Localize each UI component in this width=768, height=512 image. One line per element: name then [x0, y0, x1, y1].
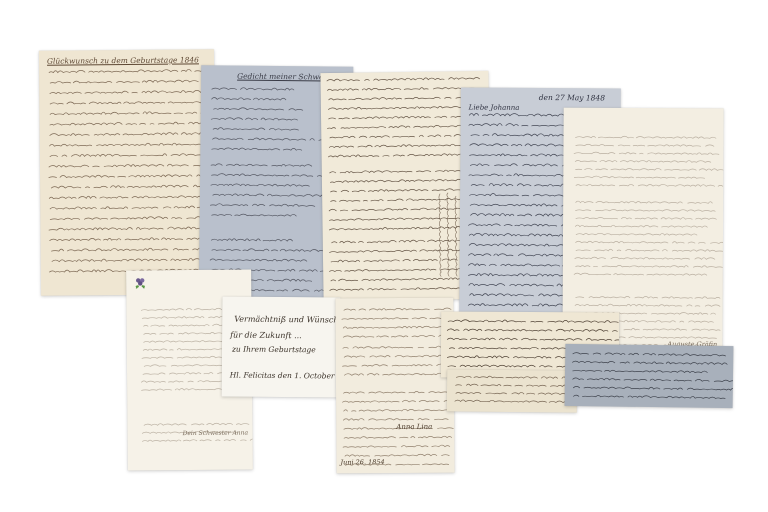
handwriting-line — [49, 237, 216, 240]
handwriting-line — [143, 340, 227, 342]
handwriting-line — [49, 195, 208, 198]
handwriting-line — [575, 225, 707, 227]
handwriting-line — [344, 436, 452, 438]
handwriting — [39, 49, 216, 296]
handwriting-line — [342, 400, 448, 402]
handwriting-line — [211, 164, 312, 167]
handwriting-line — [448, 320, 619, 323]
white-card: Vermächtniß und Wünschefür die Zukunft .… — [222, 296, 341, 397]
large-left-letter: Glückwunsch zu dem Geburtstage 1846 — [39, 49, 216, 296]
handwriting-line — [343, 418, 452, 420]
handwriting-line — [344, 355, 455, 357]
blue-dated-salutation: Liebe Johanna — [469, 103, 520, 111]
handwriting-line — [576, 184, 723, 186]
handwriting-line — [49, 164, 207, 167]
handwriting-line — [576, 144, 715, 146]
handwriting-line — [50, 90, 207, 93]
handwriting-line — [211, 184, 310, 187]
handwriting-line — [212, 87, 295, 90]
handwriting-line — [572, 361, 727, 365]
handwriting-line — [574, 176, 705, 178]
white-card-line2: für die Zukunft ... — [230, 331, 302, 341]
handwriting — [335, 298, 454, 474]
handwriting-line — [49, 227, 204, 230]
handwriting-line — [212, 248, 334, 251]
handwriting-line — [343, 445, 455, 447]
handwriting-line — [51, 185, 216, 189]
handwriting-line — [575, 304, 720, 306]
handwriting-line — [575, 241, 723, 243]
handwriting-line — [52, 258, 208, 261]
small-center-letter: Anna LinaJuni 26. 1854 — [335, 298, 454, 474]
handwriting-line — [51, 248, 202, 251]
handwriting-line — [575, 160, 711, 162]
white-card-line3: zu Ihrem Geburtstage — [232, 345, 316, 355]
handwriting-line — [576, 217, 717, 219]
handwriting-line — [327, 77, 480, 81]
handwriting-line — [343, 346, 455, 348]
handwriting-line — [213, 193, 327, 196]
large-left-heading: Glückwunsch zu dem Geburtstage 1846 — [47, 55, 199, 65]
small-center-date: Juni 26. 1854 — [341, 458, 385, 466]
handwriting — [565, 344, 734, 408]
handwriting-line — [574, 152, 719, 154]
handwriting-line — [211, 117, 298, 120]
handwriting — [447, 369, 577, 412]
handwriting-line — [575, 136, 720, 138]
handwriting-line — [573, 386, 733, 390]
handwriting-line — [456, 392, 578, 395]
handwriting-line — [327, 87, 475, 91]
handwriting-line — [210, 258, 307, 261]
handwriting-line — [49, 143, 202, 146]
handwriting-line — [342, 317, 442, 319]
handwriting-line — [576, 249, 724, 251]
handwriting-line — [49, 174, 204, 177]
handwriting-line — [572, 378, 733, 382]
blue-strip — [565, 344, 734, 408]
handwriting-line — [212, 138, 327, 141]
handwriting-line — [573, 352, 729, 356]
handwriting-line — [142, 439, 253, 442]
violet-flower-icon — [134, 276, 146, 288]
handwriting-line — [342, 364, 445, 366]
handwriting-line — [328, 153, 481, 157]
small-center-signature: Anna Lina — [396, 423, 432, 431]
handwriting-line — [447, 329, 617, 332]
handwriting-line — [575, 296, 723, 298]
handwriting-line — [455, 384, 577, 387]
blue-dated-heading: den 27 May 1848 — [539, 93, 605, 102]
handwriting-line — [575, 265, 722, 267]
handwriting-line — [210, 203, 315, 206]
handwriting-line — [50, 80, 199, 83]
handwriting-line — [574, 273, 707, 275]
handwriting-line — [572, 369, 707, 373]
handwriting-line — [212, 147, 302, 150]
handwriting-line — [49, 69, 209, 72]
handwriting-line — [344, 409, 451, 411]
handwriting-line — [213, 107, 306, 110]
handwriting-line — [343, 391, 454, 393]
handwriting-line — [211, 97, 289, 100]
handwriting-line — [576, 201, 713, 203]
handwriting-line — [343, 326, 446, 328]
handwriting-line — [573, 395, 728, 399]
handwriting-line — [327, 125, 480, 129]
handwriting-line — [344, 373, 454, 375]
handwriting-line — [50, 153, 216, 157]
handwriting-line — [343, 335, 455, 337]
white-card-date: Hl. Felicitas den 1. October 1846 — [230, 371, 341, 381]
handwriting-line — [447, 338, 619, 341]
handwriting-line — [328, 106, 480, 110]
handwriting-line — [344, 308, 452, 310]
handwriting-line — [576, 233, 697, 235]
handwriting-line — [50, 111, 208, 114]
handwriting-line — [50, 132, 204, 135]
handwriting-line — [50, 206, 216, 210]
handwriting-line — [211, 214, 296, 217]
handwriting-line — [456, 376, 577, 379]
strip-letter-lower — [447, 369, 577, 412]
handwriting-line — [211, 238, 293, 241]
small-violet-signature: Dein Schwester Anna — [183, 429, 249, 437]
handwriting-line — [329, 144, 475, 148]
handwriting-line — [50, 122, 216, 126]
handwriting-line — [455, 400, 575, 403]
letters-photograph: Glückwunsch zu dem Geburtstage 1846Gedic… — [0, 0, 768, 512]
handwriting-line — [144, 423, 252, 426]
handwriting-line — [50, 216, 216, 219]
handwriting-line — [575, 168, 723, 170]
handwriting-line — [213, 127, 299, 130]
handwriting-line — [50, 101, 208, 104]
handwriting-line — [575, 209, 715, 211]
handwriting-line — [575, 257, 715, 259]
handwriting-line — [345, 454, 450, 456]
white-card-line1: Vermächtniß und Wünsche — [234, 315, 340, 325]
handwriting-line — [211, 174, 322, 177]
